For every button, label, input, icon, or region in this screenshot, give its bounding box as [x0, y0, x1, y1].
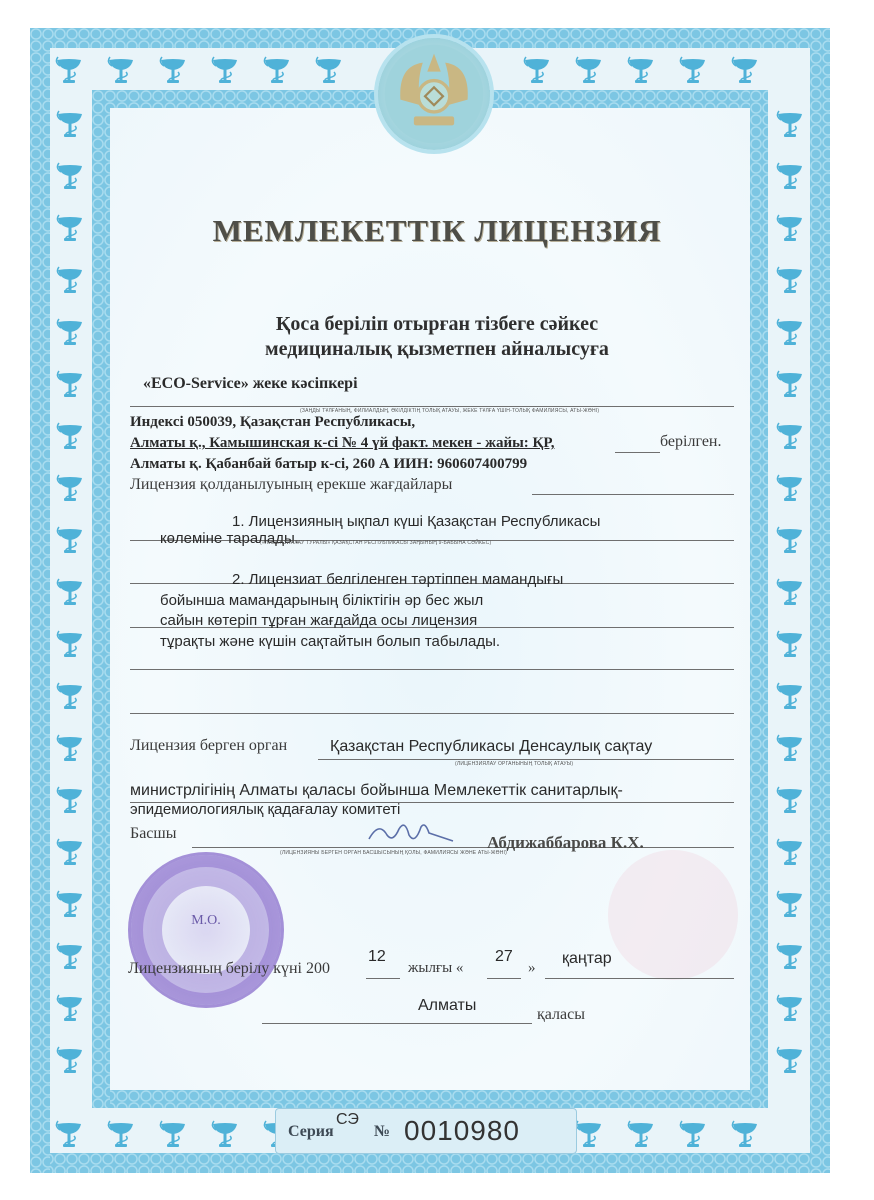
bowl-of-hygieia-icon [775, 160, 805, 192]
address-line-1: Индексі 050039, Қазақстан Республикасы, [130, 414, 415, 431]
bowl-of-hygieia-icon [55, 784, 85, 816]
bowl-of-hygieia-icon [55, 160, 85, 192]
head-label: Басшы [130, 825, 176, 843]
bowl-of-hygieia-icon [775, 888, 805, 920]
underline [545, 978, 734, 979]
bowl-of-hygieia-icon [55, 732, 85, 764]
head-caption: (ЛИЦЕНЗИЯНЫ БЕРГЕН ОРГАН БАСШЫСЫНЫҢ ҚОЛЫ… [280, 850, 507, 856]
bowl-of-hygieia-icon [55, 992, 85, 1024]
underline [130, 713, 734, 714]
border-pattern [92, 1090, 768, 1108]
bowl-of-hygieia-icon [55, 368, 85, 400]
underline [532, 494, 734, 495]
bowl-of-hygieia-icon [314, 54, 344, 86]
city: Алматы [418, 997, 476, 1015]
state-emblem-icon [378, 38, 490, 150]
underline [318, 759, 734, 760]
border-pattern [30, 28, 50, 1173]
subtitle-line-1: Қоса берiлiп отырған тiзбеге сәйкес [0, 313, 874, 336]
condition-2-line-4: тұрақты және күшін сақтайтын болып табыл… [160, 633, 500, 650]
border-pattern [810, 28, 830, 1173]
faded-stamp-icon [608, 850, 738, 980]
bowl-of-hygieia-icon [775, 680, 805, 712]
serial-label: Серия [288, 1123, 334, 1141]
bowl-of-hygieia-icon [626, 1118, 656, 1150]
bowl-of-hygieia-icon [55, 680, 85, 712]
bowl-of-hygieia-icon [55, 940, 85, 972]
bowl-of-hygieia-icon [522, 54, 552, 86]
city-suffix: қаласы [537, 1006, 585, 1024]
special-conditions-label: Лицензия қолданылуының ерекше жағдайлары [130, 476, 452, 494]
bowl-of-hygieia-icon [775, 940, 805, 972]
condition-2-line-1: 2. Лицензиат белгіленген тәртіппен маман… [232, 571, 563, 588]
bowl-of-hygieia-icon [55, 420, 85, 452]
signature-icon [365, 815, 455, 847]
bowl-of-hygieia-icon [775, 992, 805, 1024]
bowl-of-hygieia-icon [106, 54, 136, 86]
bowl-of-hygieia-icon [574, 1118, 604, 1150]
bowl-of-hygieia-icon [775, 576, 805, 608]
underline [192, 847, 734, 848]
underline [130, 406, 734, 407]
bowl-of-hygieia-icon [55, 628, 85, 660]
date-year-suffix: жылғы « [408, 960, 463, 977]
condition-caption: («ЛИЦЕНЗИЯЛАУ ТУРАЛЫ» ҚАЗАҚСТАН РЕСПУБЛИ… [260, 540, 491, 546]
document-title: МЕМЛЕКЕТТІК ЛИЦЕНЗИЯ [0, 213, 874, 249]
bowl-of-hygieia-icon [158, 54, 188, 86]
condition-1-line-1: 1. Лицензияның ықпал күші Қазақстан Респ… [232, 513, 600, 530]
date-label: Лицензияның берiлу күнi 200 [128, 960, 330, 978]
date-year: 12 [368, 948, 386, 966]
serial-number-sign: № [374, 1123, 390, 1141]
bowl-of-hygieia-icon [775, 784, 805, 816]
underline [262, 1023, 532, 1024]
bowl-of-hygieia-icon [730, 1118, 760, 1150]
stamp-label: М.О. [131, 913, 281, 929]
underline [487, 978, 521, 979]
bowl-of-hygieia-icon [775, 1044, 805, 1076]
issuer-line-3: эпидемиологиялық қадағалау комитеті [130, 801, 400, 818]
bowl-of-hygieia-icon [678, 1118, 708, 1150]
bowl-of-hygieia-icon [775, 420, 805, 452]
bowl-of-hygieia-icon [55, 1044, 85, 1076]
date-month: қаңтар [562, 950, 612, 968]
serial-number: 0010980 [404, 1115, 520, 1147]
address-line-2: Алматы қ., Камышинская к-сі № 4 үй факт.… [130, 435, 554, 452]
bowl-of-hygieia-icon [55, 836, 85, 868]
bowl-of-hygieia-icon [210, 54, 240, 86]
bowl-of-hygieia-icon [54, 1118, 84, 1150]
bowl-of-hygieia-icon [775, 264, 805, 296]
head-name: Абдижаббарова К.Х. [487, 833, 644, 853]
bowl-of-hygieia-icon [775, 732, 805, 764]
issuer-label: Лицензия берген орган [130, 737, 287, 755]
official-stamp-icon: М.О. [128, 852, 284, 1008]
bowl-of-hygieia-icon [55, 524, 85, 556]
border-pattern [30, 1153, 830, 1173]
bowl-of-hygieia-icon [106, 1118, 136, 1150]
bowl-of-hygieia-icon [775, 524, 805, 556]
licensee-name: «ECO-Service» жеке кәсiпкерi [143, 375, 358, 393]
bowl-of-hygieia-icon [775, 368, 805, 400]
bowl-of-hygieia-icon [574, 54, 604, 86]
date-close: » [528, 960, 536, 977]
issuer-caption: (ЛИЦЕНЗИЯЛАУ ОРГАНЫНЫҢ ТОЛЫҚ АТАУЫ) [455, 761, 573, 767]
bowl-of-hygieia-icon [55, 264, 85, 296]
bowl-of-hygieia-icon [775, 472, 805, 504]
serial-number-box: Серия СЭ № 0010980 [275, 1108, 577, 1154]
bowl-of-hygieia-icon [55, 108, 85, 140]
bowl-of-hygieia-icon [678, 54, 708, 86]
underline [366, 978, 400, 979]
bowl-of-hygieia-icon [775, 836, 805, 868]
date-day: 27 [495, 948, 513, 966]
bowl-of-hygieia-icon [210, 1118, 240, 1150]
condition-2-line-3: сайын көтеріп тұрған жағдайда осы лиценз… [160, 612, 477, 629]
bowl-of-hygieia-icon [55, 576, 85, 608]
issued-word: берiлген. [660, 433, 721, 451]
serial-series: СЭ [336, 1111, 359, 1129]
bowl-of-hygieia-icon [626, 54, 656, 86]
issuer-line-1: Қазақстан Республикасы Денсаулық сақтау [330, 738, 652, 756]
bowl-of-hygieia-icon [54, 54, 84, 86]
underline [130, 669, 734, 670]
bowl-of-hygieia-icon [730, 54, 760, 86]
underline [615, 452, 660, 453]
bowl-of-hygieia-icon [158, 1118, 188, 1150]
condition-2-line-2: бойынша мамандарының біліктігін әр бес ж… [160, 592, 483, 609]
bowl-of-hygieia-icon [775, 108, 805, 140]
bowl-of-hygieia-icon [55, 888, 85, 920]
address-line-3: Алматы қ. Қабанбай батыр к-сі, 260 А ИИН… [130, 456, 527, 473]
bowl-of-hygieia-icon [775, 628, 805, 660]
bowl-of-hygieia-icon [262, 54, 292, 86]
subtitle-line-2: медициналық қызметпен айналысуға [0, 338, 874, 361]
bowl-of-hygieia-icon [55, 472, 85, 504]
issuer-line-2: министрлiгiнiң Алматы қаласы бойынша Мем… [130, 782, 623, 800]
